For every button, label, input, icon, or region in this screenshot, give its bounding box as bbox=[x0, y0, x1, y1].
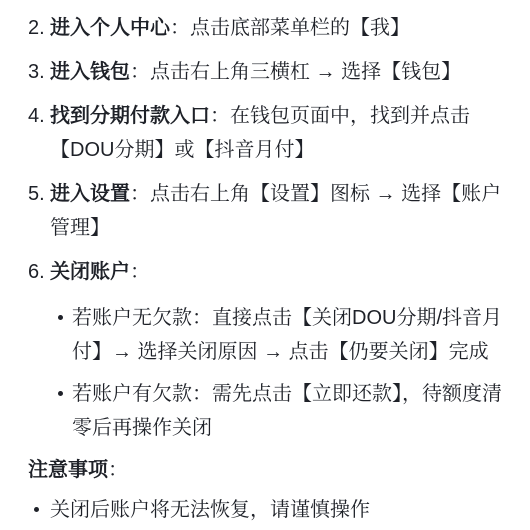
step-label: 关闭账户 bbox=[50, 261, 130, 283]
sub-bullet-text: 若账户无欠款：直接点击【关闭DOU分期/抖音月付】→ 选择关闭原因 → 点击【仍… bbox=[72, 307, 502, 363]
notes-list: 关闭后账户将无法恢复，请谨慎操作 bbox=[28, 493, 505, 527]
sub-bullet-list: 若账户无欠款：直接点击【关闭DOU分期/抖音月付】→ 选择关闭原因 → 点击【仍… bbox=[50, 301, 505, 445]
step-item-4: 4.找到分期付款入口：在钱包页面中，找到并点击【DOU分期】或【抖音月付】 bbox=[50, 99, 505, 167]
sub-bullet-item: 若账户无欠款：直接点击【关闭DOU分期/抖音月付】→ 选择关闭原因 → 点击【仍… bbox=[72, 301, 505, 369]
chat-message-body: 2.进入个人中心：点击底部菜单栏的【我】 3.进入钱包：点击右上角三横杠 → 选… bbox=[0, 0, 530, 527]
step-label: 进入个人中心 bbox=[50, 17, 170, 39]
sub-bullet-text: 若账户有欠款：需先点击【立即还款】，待额度清零后再操作关闭 bbox=[72, 383, 502, 439]
step-separator: ： bbox=[130, 261, 150, 283]
step-number: 5. bbox=[28, 177, 45, 211]
note-item: 关闭后账户将无法恢复，请谨慎操作 bbox=[50, 493, 505, 527]
step-number: 3. bbox=[28, 55, 45, 89]
step-text: 点击底部菜单栏的【我】 bbox=[190, 17, 410, 39]
step-item-6: 6.关闭账户： 若账户无欠款：直接点击【关闭DOU分期/抖音月付】→ 选择关闭原… bbox=[50, 255, 505, 445]
step-separator: ： bbox=[130, 183, 150, 205]
sub-bullet-item: 若账户有欠款：需先点击【立即还款】，待额度清零后再操作关闭 bbox=[72, 377, 505, 445]
step-item-3: 3.进入钱包：点击右上角三横杠 → 选择【钱包】 bbox=[50, 55, 505, 89]
step-separator: ： bbox=[170, 17, 190, 39]
step-number: 6. bbox=[28, 255, 45, 289]
steps-list: 2.进入个人中心：点击底部菜单栏的【我】 3.进入钱包：点击右上角三横杠 → 选… bbox=[28, 11, 505, 445]
step-separator: ： bbox=[210, 105, 230, 127]
step-number: 2. bbox=[28, 11, 45, 45]
notes-heading-separator: ： bbox=[108, 459, 128, 481]
step-text: 点击右上角三横杠 → 选择【钱包】 bbox=[150, 61, 461, 83]
step-number: 4. bbox=[28, 99, 45, 133]
notes-heading-label: 注意事项 bbox=[28, 459, 108, 481]
step-separator: ： bbox=[130, 61, 150, 83]
step-item-5: 5.进入设置：点击右上角【设置】图标 → 选择【账户管理】 bbox=[50, 177, 505, 245]
step-item-2: 2.进入个人中心：点击底部菜单栏的【我】 bbox=[50, 11, 505, 45]
step-label: 进入设置 bbox=[50, 183, 130, 205]
notes-heading: 注意事项： bbox=[28, 453, 505, 487]
step-label: 进入钱包 bbox=[50, 61, 130, 83]
note-text: 关闭后账户将无法恢复，请谨慎操作 bbox=[50, 499, 370, 521]
step-label: 找到分期付款入口 bbox=[50, 105, 210, 127]
